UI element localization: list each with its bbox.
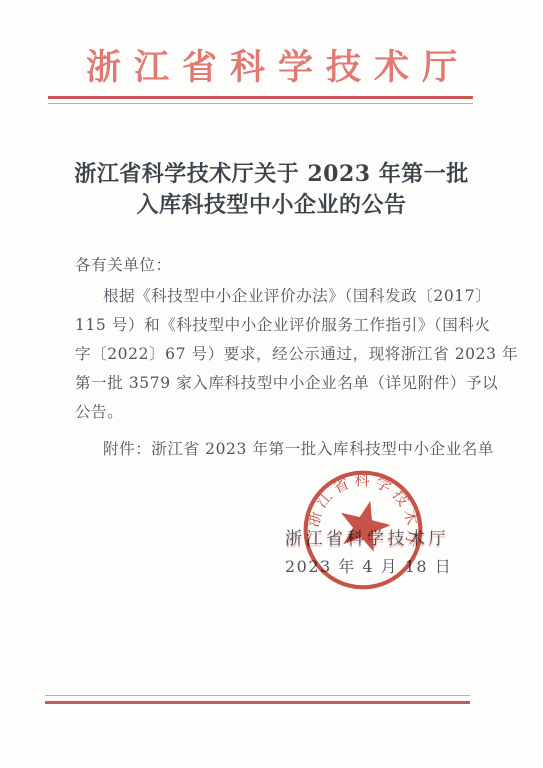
header-rule-thin [48, 103, 473, 104]
attachment-line: 附件：浙江省 2023 年第一批入库科技型中小企业名单 [103, 437, 494, 459]
signature-date: 2023 年 4 月 18 日 [285, 554, 452, 577]
body-line: 公告。 [75, 398, 477, 427]
body-line: 根据《科技型中小企业评价办法》（国科发政〔2017〕 [75, 282, 477, 311]
header-rule-thick [48, 96, 473, 99]
document-title-line1: 浙江省科学技术厅关于 2023 年第一批 [0, 159, 543, 190]
signature-issuer: 浙江省科学技术厅 [285, 524, 449, 549]
letterhead-title: 浙江省科学技术厅 [0, 40, 543, 90]
body-paragraph: 根据《科技型中小企业评价办法》（国科发政〔2017〕 115 号）和《科技型中小… [75, 282, 477, 427]
salutation: 各有关单位： [75, 253, 172, 275]
document-title: 浙江省科学技术厅关于 2023 年第一批 入库科技型中小企业的公告 [0, 159, 543, 221]
footer-rule-thin [45, 695, 470, 696]
body-line: 115 号）和《科技型中小企业评价服务工作指引》（国科火 [75, 311, 477, 340]
body-line: 字〔2022〕67 号）要求，经公示通过，现将浙江省 2023 年 [75, 340, 477, 369]
body-line: 第一批 3579 家入库科技型中小企业名单（详见附件）予以 [75, 369, 477, 398]
footer-rule-thick [45, 701, 470, 704]
document-title-line2: 入库科技型中小企业的公告 [0, 190, 543, 221]
document-page: 浙江省科学技术厅 浙江省科学技术厅关于 2023 年第一批 入库科技型中小企业的… [0, 0, 543, 768]
